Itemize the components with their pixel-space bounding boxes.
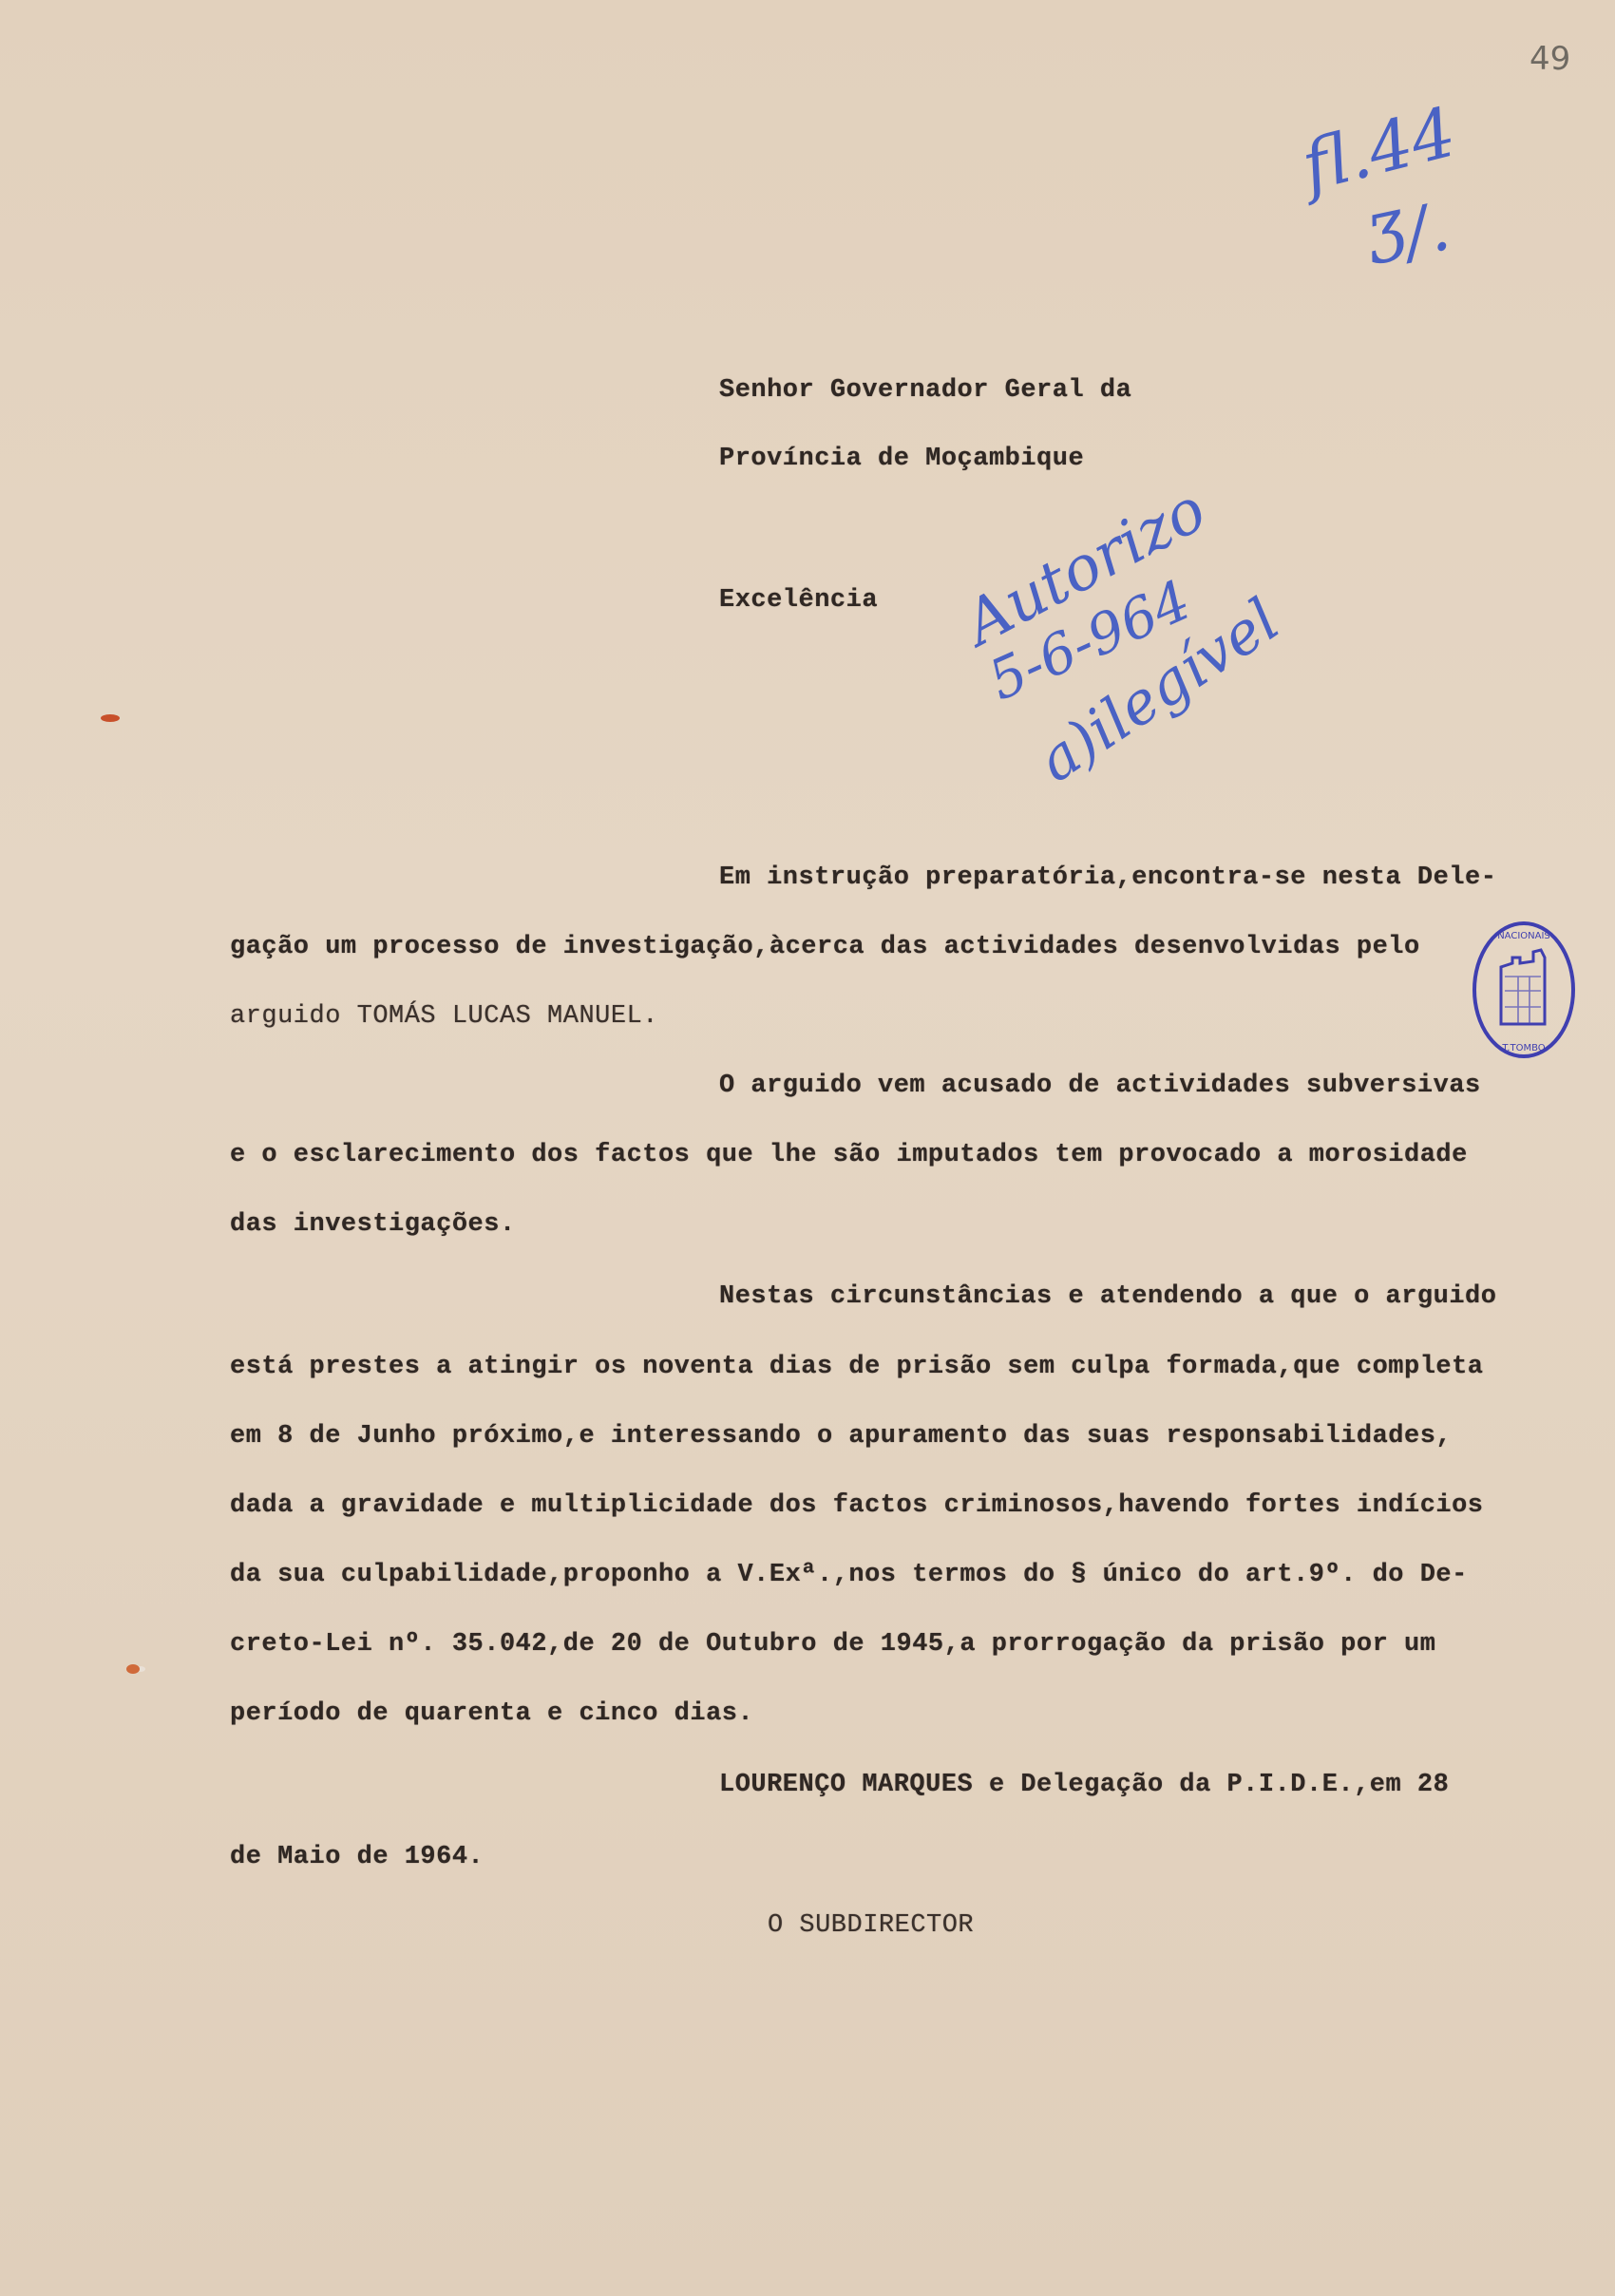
body-line: está prestes a atingir os noventa dias d… xyxy=(230,1353,1484,1381)
body-line: Nestas circunstâncias e atendendo a que … xyxy=(719,1282,1496,1311)
signature-title: O SUBDIRECTOR xyxy=(768,1911,974,1940)
body-line: das investigações. xyxy=(230,1210,516,1239)
salutation: Excelência xyxy=(719,586,878,615)
body-line: e o esclarecimento dos factos que lhe sã… xyxy=(230,1141,1468,1169)
addressee-line-1: Senhor Governador Geral da xyxy=(719,376,1131,405)
punch-mark-bottom xyxy=(126,1664,140,1674)
body-line: creto-Lei nº. 35.042,de 20 de Outubro de… xyxy=(230,1630,1435,1659)
body-line: arguido TOMÁS LUCAS MANUEL. xyxy=(230,1002,658,1031)
folio-pencil-number: 49 xyxy=(1529,40,1570,78)
body-line: período de quarenta e cinco dias. xyxy=(230,1699,753,1728)
svg-text:T.TOMBO: T.TOMBO xyxy=(1501,1043,1545,1053)
document-page: 49 fl.44 Ʒ/. Senhor Governador Geral da … xyxy=(0,0,1615,2296)
closing-place-date: LOURENÇO MARQUES e Delegação da P.I.D.E.… xyxy=(719,1771,1449,1799)
ink-initials: Ʒ/. xyxy=(1360,187,1456,280)
archive-stamp-icon: NACIONAIS T.TOMBO xyxy=(1471,920,1577,1060)
body-line: gação um processo de investigação,àcerca… xyxy=(230,933,1420,961)
svg-text:NACIONAIS: NACIONAIS xyxy=(1497,931,1550,941)
body-line: O arguido vem acusado de actividades sub… xyxy=(719,1072,1481,1100)
punch-mark-top xyxy=(101,714,120,722)
body-line: da sua culpabilidade,proponho a V.Exª.,n… xyxy=(230,1561,1468,1589)
addressee-line-2: Província de Moçambique xyxy=(719,445,1084,473)
body-line: dada a gravidade e multiplicidade dos fa… xyxy=(230,1491,1484,1520)
closing-date-continued: de Maio de 1964. xyxy=(230,1843,484,1871)
body-line: em 8 de Junho próximo,e interessando o a… xyxy=(230,1422,1452,1451)
body-line: Em instrução preparatória,encontra-se ne… xyxy=(719,863,1496,892)
